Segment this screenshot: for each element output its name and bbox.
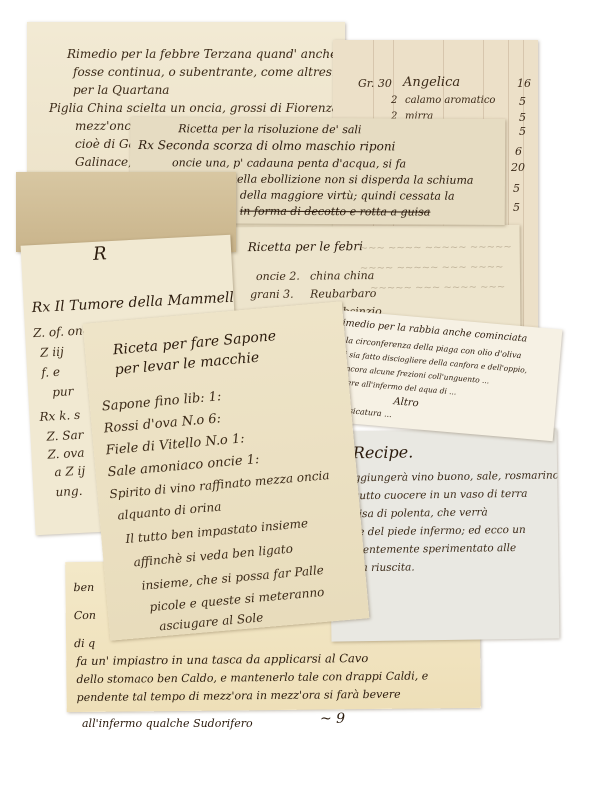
ledger-value: 5 bbox=[513, 202, 520, 213]
sapone-line: affinchè si veda ben ligato bbox=[133, 542, 293, 568]
sheet-ricetta-sapone: Riceta per fare Sapone per levar le macc… bbox=[83, 301, 370, 640]
febri-qty: grani 3. bbox=[250, 289, 294, 300]
recipe-title: Recipe. bbox=[353, 444, 414, 461]
sapone-line: alquanto di orina bbox=[117, 501, 222, 522]
stomaco-line: dello stomaco ben Caldo, e mantenerlo ta… bbox=[76, 670, 428, 685]
stomaco-line: Con bbox=[74, 610, 96, 621]
ledger-value: 5 bbox=[519, 112, 526, 123]
sapone-line: picole e queste si meteranno bbox=[149, 586, 325, 613]
ledger-value: 6 bbox=[515, 146, 522, 157]
stomaco-line: ben bbox=[73, 582, 94, 593]
febbre-line: Rimedio per la febbre Terzana quand' anc… bbox=[67, 48, 337, 60]
risoluzione-line: nella ebollizione non si disperda la sch… bbox=[230, 174, 474, 186]
febri-item: Reubarbaro bbox=[310, 288, 376, 300]
stomaco-line: fa un' impiastro in una tasca da applica… bbox=[76, 653, 368, 668]
febbre-line: fosse continua, o subentrante, come altr… bbox=[73, 66, 336, 78]
rabbia-line: Altro bbox=[393, 397, 419, 409]
stomaco-line: di q bbox=[74, 638, 95, 649]
risoluzione-line: della maggiore virtù; quindi cessata la bbox=[240, 190, 455, 202]
febbre-line: Piglia China scielta un oncia, grossi di… bbox=[49, 102, 339, 114]
stomaco-flourish: ~ 9 bbox=[320, 712, 345, 726]
febri-qty: oncie 2. bbox=[256, 271, 300, 282]
ledger-item: calamo aromatico bbox=[405, 96, 495, 106]
mammella-line: Z iij bbox=[40, 346, 64, 359]
recipe-line: si aggiungerà vino buono, sale, rosmarin… bbox=[335, 470, 559, 484]
mammella-line: Rx k. s bbox=[39, 409, 80, 423]
risoluzione-line: oncie una, p' cadauna penta d'acqua, si … bbox=[172, 157, 406, 169]
ledger-qty: 2 bbox=[391, 96, 397, 106]
mammella-line: a Z ij bbox=[54, 465, 85, 479]
febri-title: Ricetta per le febri bbox=[248, 240, 363, 253]
sapone-line: Il tutto ben impastato insieme bbox=[125, 517, 309, 545]
risoluzione-line: Ricetta per la risoluzione de' sali bbox=[178, 123, 361, 135]
sapone-line: Rossi d'ova N.o 6: bbox=[103, 412, 221, 435]
ledger-value: 16 bbox=[517, 78, 531, 89]
febri-bleed-text: ~~~ ~~~~ ~~~~~ ~~~~~ bbox=[360, 243, 512, 254]
ledger-value: 5 bbox=[519, 126, 526, 137]
febbre-line: per la Quartana bbox=[73, 84, 169, 96]
risoluzione-line: Rx Seconda scorza di olmo maschio riponi bbox=[138, 139, 395, 152]
febbre-line: Galinace, bbox=[75, 156, 132, 168]
ledger-qty: Gr. 30 bbox=[358, 78, 392, 89]
febri-bleed-text: ~~~~ ~~~~~ ~~~ ~~~~ bbox=[360, 263, 504, 274]
stomaco-line: all'infermo qualche Sudorifero bbox=[82, 718, 253, 729]
sapone-line: Fiele di Vitello N.o 1: bbox=[105, 432, 245, 457]
ledger-value: 20 bbox=[511, 162, 525, 173]
mammella-line: pur bbox=[52, 385, 74, 398]
stomaco-line: pendente tal tempo di mezz'ora in mezz'o… bbox=[77, 689, 401, 703]
mammella-line: Z. Sar bbox=[46, 429, 83, 443]
recipe-line: e il tutto cuocere in un vaso di terra bbox=[335, 489, 527, 502]
ledger-value: 5 bbox=[519, 96, 526, 107]
sapone-line: Sapone fino lib: 1: bbox=[101, 390, 221, 413]
ledger-value: 5 bbox=[513, 183, 520, 194]
febri-bleed-text: ~~~~~ ~~~ ~~~~ ~~~ bbox=[370, 283, 505, 294]
mammella-line: Rx Il Tumore della Mammella bbox=[31, 290, 242, 315]
ledger-item: Angelica bbox=[403, 76, 460, 89]
mammella-mark: R bbox=[93, 245, 107, 264]
risoluzione-line: in forma di decotto e rotta a guisa bbox=[240, 206, 431, 218]
mammella-line: f. e bbox=[41, 366, 60, 379]
mammella-line: Z. ova bbox=[47, 447, 84, 461]
recipe-line: parte del piede infermo; ed ecco un bbox=[336, 525, 526, 538]
mammella-line: ung. bbox=[55, 485, 83, 498]
